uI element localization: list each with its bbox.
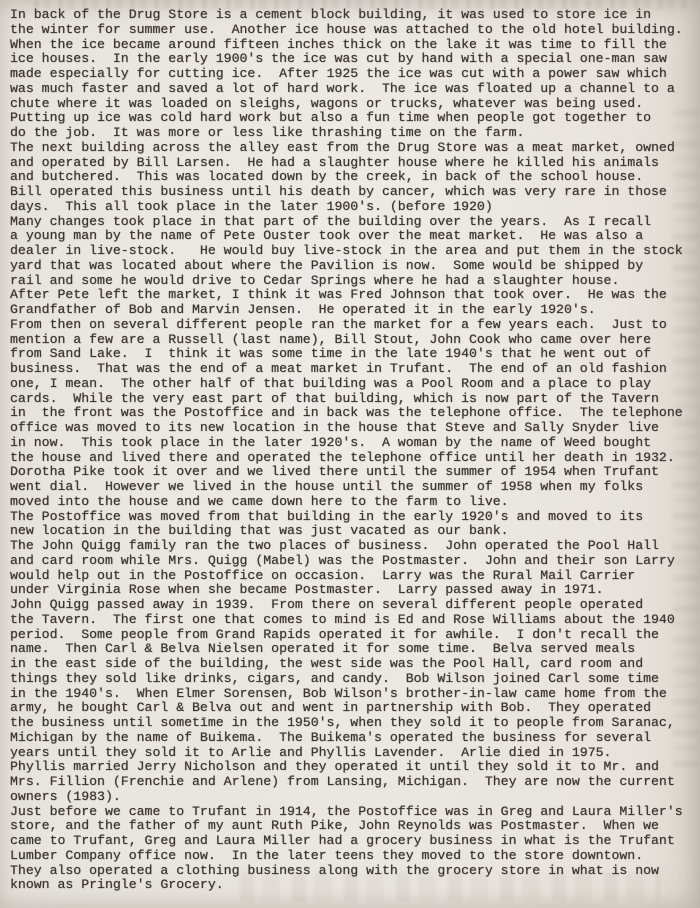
- text-line: made especially for cutting ice. After 1…: [10, 67, 694, 82]
- text-line: moved into the house and we came down he…: [10, 495, 694, 510]
- text-line: known as Pringle's Grocery.: [10, 878, 694, 893]
- text-line: in now. This took place in the later 192…: [10, 436, 694, 451]
- text-line: days. This all took place in the later 1…: [10, 200, 694, 215]
- text-line: new location in the building that was ju…: [10, 524, 694, 539]
- text-line: the winter for summer use. Another ice h…: [10, 23, 694, 38]
- text-line: Michigan by the name of Buikema. The Bui…: [10, 731, 694, 746]
- text-line: The Postoffice was moved from that build…: [10, 510, 694, 525]
- text-line: Bill operated this business until his de…: [10, 185, 694, 200]
- text-line: was much faster and saved a lot of hard …: [10, 82, 694, 97]
- text-line: dealer in live-stock. He would buy live-…: [10, 244, 694, 259]
- text-line: period. Some people from Grand Rapids op…: [10, 628, 694, 643]
- text-line: and butchered. This was located down by …: [10, 170, 694, 185]
- text-line: cards. While the very east part of that …: [10, 392, 694, 407]
- text-line: Lumber Company office now. In the later …: [10, 849, 694, 864]
- text-line: Just before we came to Trufant in 1914, …: [10, 805, 694, 820]
- text-line: Phyllis married Jerry Nicholson and they…: [10, 760, 694, 775]
- text-line: yard that was located about where the Pa…: [10, 259, 694, 274]
- text-line: Dorotha Pike took it over and we lived t…: [10, 465, 694, 480]
- text-line: owners (1983).: [10, 790, 694, 805]
- text-line: Many changes took place in that part of …: [10, 215, 694, 230]
- text-line: In back of the Drug Store is a cement bl…: [10, 8, 694, 23]
- text-line: things they sold like drinks, cigars, an…: [10, 672, 694, 687]
- text-line: in the front was the Postoffice and in b…: [10, 406, 694, 421]
- text-line: John Quigg passed away in 1939. From the…: [10, 598, 694, 613]
- text-line: came to Trufant, Greg and Laura Miller h…: [10, 834, 694, 849]
- text-line: do the job. It was more or less like thr…: [10, 126, 694, 141]
- text-line: from Sand Lake. I think it was some time…: [10, 347, 694, 362]
- text-line: the house and lived there and operated t…: [10, 451, 694, 466]
- text-line: and card room while Mrs. Quigg (Mabel) w…: [10, 554, 694, 569]
- text-line: store, and the father of my aunt Ruth Pi…: [10, 819, 694, 834]
- text-line: The John Quigg family ran the two places…: [10, 539, 694, 554]
- text-line: army, he bought Carl & Belva out and wen…: [10, 701, 694, 716]
- text-line: the Tavern. The first one that comes to …: [10, 613, 694, 628]
- text-line: would help out in the Postoffice on occa…: [10, 569, 694, 584]
- text-line: Mrs. Fillion (Frenchie and Arlene) from …: [10, 775, 694, 790]
- text-line: After Pete left the market, I think it w…: [10, 288, 694, 303]
- text-line: Putting up ice was cold hard work but al…: [10, 111, 694, 126]
- text-line: Grandfather of Bob and Marvin Jensen. He…: [10, 303, 694, 318]
- text-line: ice houses. In the early 1900's the ice …: [10, 52, 694, 67]
- text-line: in the east side of the building, the we…: [10, 657, 694, 672]
- text-line: From then on several different people ra…: [10, 318, 694, 333]
- text-line: the business until sometīme in the 1950'…: [10, 716, 694, 731]
- text-line: They also operated a clothing business a…: [10, 864, 694, 879]
- text-line: office was moved to its new location in …: [10, 421, 694, 436]
- typewritten-text: In back of the Drug Store is a cement bl…: [10, 8, 694, 893]
- text-line: under Virginia Rose when she became Post…: [10, 583, 694, 598]
- text-line: and operated by Bill Larsen. He had a sl…: [10, 156, 694, 171]
- document-page: In back of the Drug Store is a cement bl…: [0, 0, 700, 908]
- text-line: in the 1940's. When Elmer Sorensen, Bob …: [10, 687, 694, 702]
- text-line: mention a few are a Russell (last name),…: [10, 333, 694, 348]
- text-line: When the ice became around fifteen inche…: [10, 38, 694, 53]
- text-line: name. Then Carl & Belva Nielsen operated…: [10, 642, 694, 657]
- text-line: a young man by the name of Pete Ouster t…: [10, 229, 694, 244]
- text-line: years until they sold it to Arlie and Ph…: [10, 746, 694, 761]
- text-line: The next building across the alley east …: [10, 141, 694, 156]
- text-line: one, I mean. The other half of that buil…: [10, 377, 694, 392]
- text-line: rail and some he would drive to Cedar Sp…: [10, 274, 694, 289]
- text-line: business. That was the end of a meat mar…: [10, 362, 694, 377]
- text-line: chute where it was loaded on sleighs, wa…: [10, 97, 694, 112]
- text-line: went dial. However we lived in the house…: [10, 480, 694, 495]
